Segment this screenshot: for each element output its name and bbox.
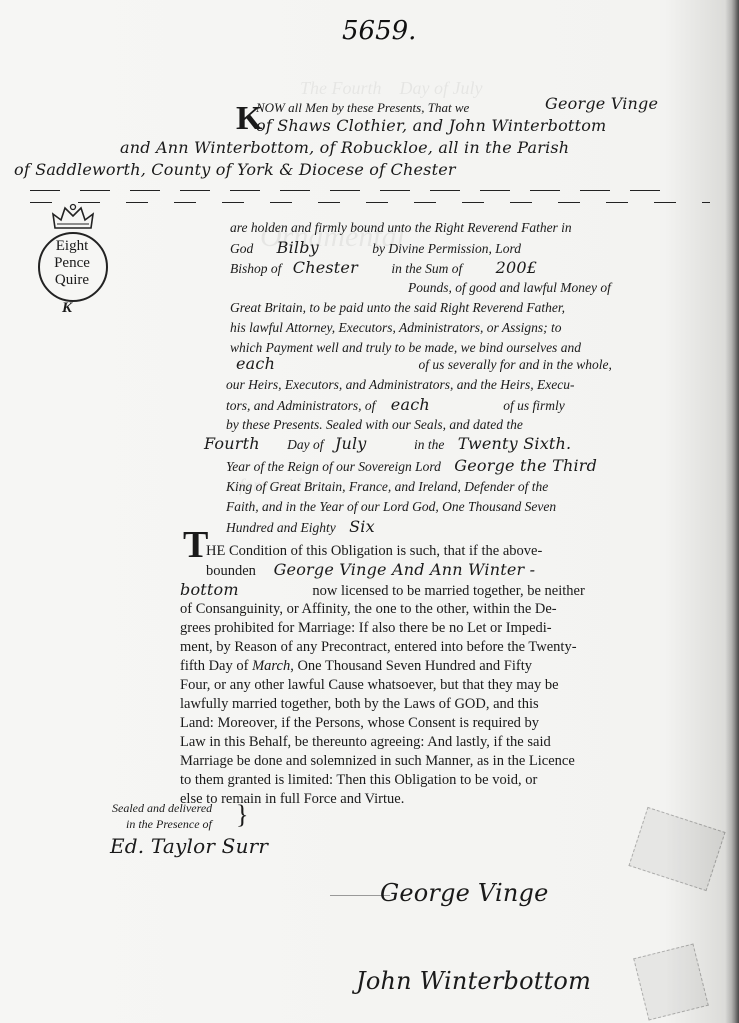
bond-line: Pounds, of good and lawful Money of xyxy=(408,278,611,298)
condition-text: fifth Day of xyxy=(180,658,248,674)
handwritten-bishop-name: Bilby xyxy=(277,238,319,257)
bond-text: Day of xyxy=(287,437,323,452)
condition-text-march: March xyxy=(252,658,290,674)
condition-line: to them granted is limited: Then this Ob… xyxy=(180,771,537,791)
bond-line: King of Great Britain, France, and Irela… xyxy=(226,477,548,497)
handwritten-couple-names: George Vinge And Ann Winter - xyxy=(274,560,536,579)
bond-text: of us firmly xyxy=(503,398,565,413)
seal-remnant xyxy=(628,807,725,891)
condition-text: , One Thousand Seven Hundred and Fifty xyxy=(290,658,532,674)
handwritten-line-3: and Ann Winterbottom, of Robuckloe, all … xyxy=(120,138,569,158)
bond-text: God xyxy=(230,241,253,256)
handwritten-line-2: of Shaws Clothier, and John Winterbottom xyxy=(256,116,606,136)
condition-line: Four, or any other lawful Cause whatsoev… xyxy=(180,676,559,696)
handwritten-diocese: Chester xyxy=(293,258,358,277)
signature-john-winterbottom: John Winterbottom xyxy=(356,966,591,996)
handwritten-each: each xyxy=(391,395,430,414)
handwritten-year: Six xyxy=(349,517,375,536)
handwritten-sum: 200£ xyxy=(496,258,538,277)
handwritten-month: July xyxy=(335,434,367,453)
filler-dashes xyxy=(30,190,670,191)
bleed-through-text: The Fourth Day of July xyxy=(300,78,482,99)
document-page: The Fourth Day of July Ornamental afore … xyxy=(0,0,739,1023)
opening-printed-text: NOW all Men by these Presents, That we xyxy=(256,98,469,118)
witness-label-2: in the Presence of xyxy=(126,816,212,832)
bond-line: Great Britain, to be paid unto the said … xyxy=(230,298,565,318)
bond-text: in the xyxy=(414,437,444,452)
witness-label-1: Sealed and delivered xyxy=(112,800,212,816)
bond-text: by Divine Permission, Lord xyxy=(372,241,521,256)
bond-text: Hundred and Eighty xyxy=(226,520,336,535)
bond-line: his lawful Attorney, Executors, Administ… xyxy=(230,318,562,338)
handwritten-sovereign: George the Third xyxy=(454,456,597,475)
stamp-text-pence: Pence xyxy=(40,255,104,272)
bond-line: by these Presents. Sealed with our Seals… xyxy=(226,415,523,435)
bond-text: Bishop of xyxy=(230,261,281,276)
bond-text: tors, and Administrators, of xyxy=(226,398,375,413)
handwritten-line-4: of Saddleworth, County of York & Diocese… xyxy=(14,160,456,180)
condition-line: grees prohibited for Marriage: If also t… xyxy=(180,619,552,639)
condition-line: Marriage be done and solemnized in such … xyxy=(180,752,575,772)
seal-remnant xyxy=(633,943,709,1020)
witness-brace: } xyxy=(236,798,248,832)
condition-line: ment, by Reason of any Precontract, ente… xyxy=(180,638,577,658)
signature-george-vinge: George Vinge xyxy=(380,878,549,908)
condition-line: Land: Moreover, if the Persons, whose Co… xyxy=(180,714,539,734)
stamp-text-quire: Quire xyxy=(40,272,104,289)
handwritten-day: Fourth xyxy=(204,434,260,453)
condition-text: bounden xyxy=(206,563,256,579)
filler-dashes xyxy=(30,202,710,203)
reference-number: 5659. xyxy=(342,16,416,46)
handwritten-regnal-year: Twenty Sixth. xyxy=(458,434,572,453)
stamp-text-eight: Eight xyxy=(40,238,104,255)
condition-line: else to remain in full Force and Virtue. xyxy=(180,790,404,810)
handwritten-each: each xyxy=(236,354,275,373)
bond-text: of us severally for and in the whole, xyxy=(418,357,611,372)
handwritten-name-george-vinge: George Vinge xyxy=(545,94,658,114)
page-edge-shadow xyxy=(725,0,739,1023)
condition-line: Law in this Behalf, be thereunto agreein… xyxy=(180,733,551,753)
crown-icon xyxy=(51,202,95,232)
handwritten-bottom: bottom xyxy=(180,580,239,599)
condition-text: now licensed to be married together, be … xyxy=(312,583,584,599)
bond-text: in the Sum of xyxy=(391,261,462,276)
condition-line: of Consanguinity, or Affinity, the one t… xyxy=(180,600,557,620)
witness-signature: Ed. Taylor Surr xyxy=(110,836,268,856)
condition-line: HE Condition of this Obligation is such,… xyxy=(206,542,542,562)
bond-text: Year of the Reign of our Sovereign Lord xyxy=(226,459,441,474)
condition-line: lawfully married together, both by the L… xyxy=(180,695,539,715)
stamp-mark-k: K xyxy=(62,300,72,317)
drop-cap-t: T xyxy=(183,527,208,563)
bond-line: are holden and firmly bound unto the Rig… xyxy=(230,218,572,238)
bond-line: Faith, and in the Year of our Lord God, … xyxy=(226,497,556,517)
duty-stamp: Eight Pence Quire xyxy=(34,200,112,310)
bond-line: our Heirs, Executors, and Administrators… xyxy=(226,375,574,395)
